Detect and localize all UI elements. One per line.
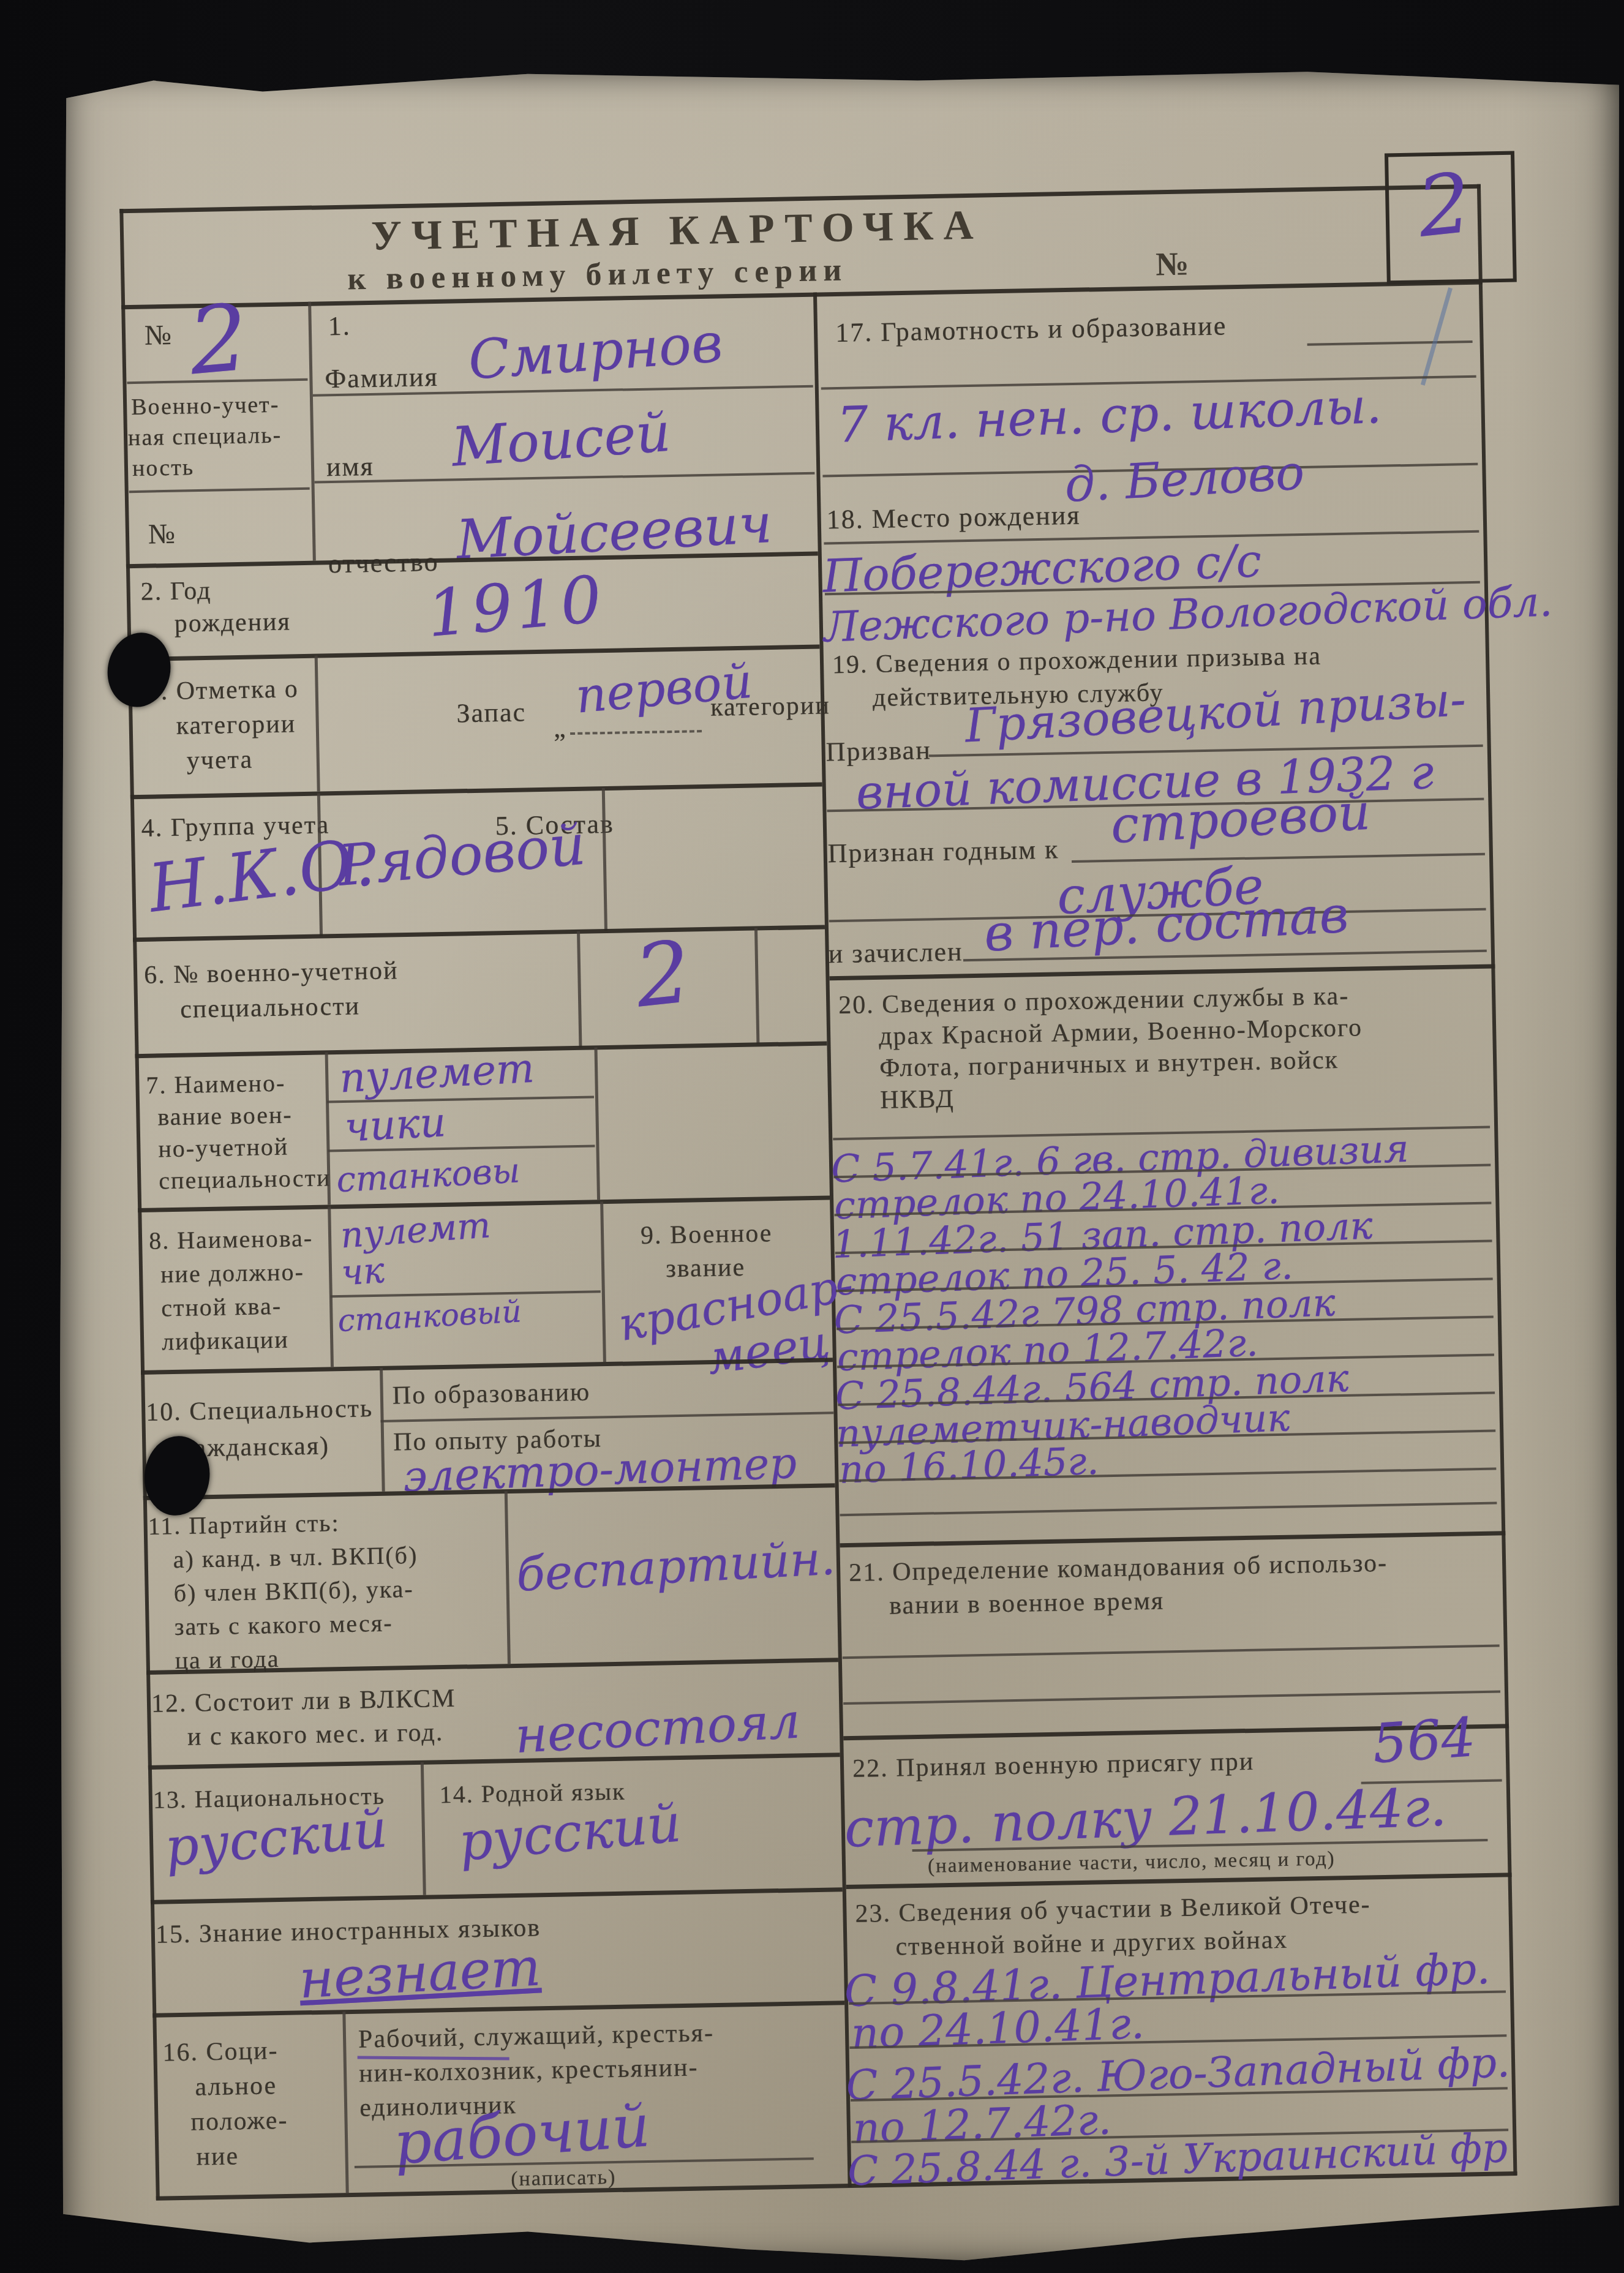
- f16-options-2: нин-колхозник, крестьянин-: [359, 2053, 699, 2089]
- f15-value: незнает: [298, 1936, 543, 2010]
- f18-label: 18. Место рождения: [826, 500, 1081, 536]
- f11-label-4: зать с какого меся-: [174, 1609, 393, 1642]
- f12-label-2: и с какого мес. и год.: [187, 1718, 444, 1752]
- series-number-sign: №: [1156, 244, 1189, 283]
- f16-options-1: Рабочий, служащий, крестья-: [358, 2018, 715, 2054]
- f8-label-4: лификации: [162, 1325, 289, 1356]
- rule: [1072, 853, 1485, 863]
- f2-label-2: рождения: [174, 607, 291, 638]
- f3-label-3: учета: [186, 745, 253, 776]
- rule: [314, 472, 814, 484]
- f16-label-3: положе-: [190, 2106, 288, 2137]
- f11-label-2: а) канд. в чл. ВКП(б): [173, 1541, 418, 1574]
- surname-label: Фамилия: [325, 361, 438, 394]
- f8-value-2: чк: [340, 1249, 386, 1294]
- row-border: [152, 2001, 844, 2018]
- f7-label-3: но-учетной: [158, 1132, 289, 1163]
- f8-label-2: ние должно-: [160, 1257, 305, 1288]
- f11-value: беспартийн.: [515, 1530, 836, 1602]
- f3-dashed-line: [570, 705, 702, 735]
- rule: [843, 1690, 1500, 1705]
- f19-zachislen-label: и зачислен: [828, 936, 963, 969]
- row-border: [130, 783, 822, 800]
- f8-value-3: станковый: [337, 1293, 522, 1339]
- blue-pen-stroke: [1421, 287, 1453, 386]
- f6-divider: [577, 931, 582, 1048]
- f7-label-2: вание воен-: [157, 1100, 293, 1131]
- field1-number: 1.: [328, 310, 351, 342]
- f8-label-3: стной ква-: [161, 1291, 282, 1323]
- f11-label-3: б) член ВКП(б), ука-: [173, 1574, 414, 1607]
- f16-hint: (написать): [511, 2166, 617, 2191]
- reg-no2-label: №: [148, 517, 177, 550]
- f17-value: 7 кл. нен. ср. школы.: [836, 377, 1382, 454]
- f3-label-2: категории: [176, 709, 296, 741]
- f16-divider: [342, 2012, 348, 2193]
- f7-label-1: 7. Наимено-: [146, 1069, 286, 1100]
- rule: [1307, 340, 1473, 346]
- card-title: УЧЕТНАЯ КАРТОЧКА: [370, 201, 983, 260]
- f3-label-1: 3. Отметка о: [146, 674, 299, 707]
- f23-entry-2: по 24.10.41г.: [851, 1998, 1145, 2059]
- f13-divider: [421, 1762, 426, 1895]
- f16-label-2: альное: [195, 2071, 277, 2102]
- f7-label-4: специальности: [159, 1163, 331, 1195]
- registration-card: УЧЕТНАЯ КАРТОЧКА к военному билету серии…: [0, 0, 1624, 2273]
- f19-godnym-label: Признан годным к: [827, 833, 1059, 869]
- f22-label: 22. Принял военную присягу при: [852, 1747, 1255, 1784]
- f12-label-1: 12. Состоит ли в ВЛКСМ: [151, 1684, 456, 1719]
- f10-edu-label: По образованию: [392, 1378, 590, 1411]
- row-border: [840, 1531, 1505, 1547]
- f3-zapas-label: Запас: [456, 696, 527, 729]
- series-number-value: 2: [1413, 155, 1475, 256]
- f8-label-1: 8. Наименова-: [149, 1223, 314, 1255]
- f10-label-1: 10. Специальность: [146, 1394, 374, 1427]
- f16-label-1: 16. Соци-: [162, 2036, 279, 2067]
- f3-divider: [315, 656, 320, 792]
- f7-value-2: чики: [344, 1099, 447, 1151]
- vus-label-2: ная специаль-: [128, 422, 282, 452]
- f8-value-1: пулемт: [339, 1204, 492, 1256]
- f12-value: несостоял: [514, 1692, 802, 1764]
- f2-value: 1910: [424, 562, 608, 652]
- row-border: [148, 1753, 840, 1770]
- scan-background: УЧЕТНАЯ КАРТОЧКА к военному билету серии…: [0, 0, 1624, 2273]
- f23-label-1: 23. Сведения об участии в Великой Отече-: [855, 1890, 1371, 1928]
- f17-label: 17. Грамотность и образование: [835, 310, 1227, 348]
- f7-divider2: [594, 1047, 600, 1200]
- vus-label-3: ность: [132, 454, 195, 482]
- f9-label-1: 9. Военное: [641, 1219, 773, 1250]
- f20-label-4: НКВД: [880, 1084, 955, 1115]
- reg-no-label: №: [145, 318, 173, 351]
- rule: [840, 1502, 1497, 1517]
- vus-label-1: Военно-учет-: [131, 391, 280, 421]
- f18-value-1: д. Белово: [1064, 445, 1306, 513]
- rule: [129, 487, 310, 493]
- f2-label-1: 2. Год: [140, 576, 212, 607]
- f8-divider2: [600, 1201, 606, 1362]
- f21-label-1: 21. Определение командования об использо…: [849, 1549, 1388, 1588]
- f6-divider2: [754, 928, 759, 1044]
- f6-value: 2: [631, 922, 696, 1027]
- row-border: [133, 925, 825, 942]
- f6-label-1: 6. № военно-учетной: [144, 956, 399, 990]
- f3-kategorii-label: категории: [710, 691, 830, 723]
- f20-label-2: драх Красной Армии, Военно-Морского: [879, 1013, 1363, 1051]
- f16-label-4: ние: [196, 2141, 239, 2171]
- f7-value-1: пулемет: [338, 1045, 535, 1102]
- name-value: Моисей: [449, 400, 672, 479]
- f20-label-3: Флота, пограничных и внутрен. войск: [879, 1045, 1339, 1083]
- f21-label-2: вании в военное время: [889, 1586, 1165, 1620]
- f19-zachislen-value: в пер. состав: [983, 885, 1350, 963]
- f3-quote: „: [553, 712, 566, 743]
- f10-divider: [380, 1368, 385, 1492]
- f7-value-3: станковы: [336, 1151, 521, 1200]
- f20-entry-9: по 16.10.45г.: [838, 1438, 1099, 1492]
- f6-label-2: специальности: [180, 991, 361, 1024]
- f11-divider: [505, 1491, 511, 1664]
- row-border: [151, 1887, 843, 1904]
- f8-divider: [328, 1206, 334, 1367]
- rule: [843, 1644, 1500, 1659]
- rule: [381, 1411, 834, 1422]
- f22-unit-value: 564: [1370, 1705, 1478, 1776]
- f5-value: Рядовой: [336, 812, 588, 899]
- name-block-divider: [308, 302, 316, 561]
- surname-value: Смирнов: [467, 311, 725, 392]
- name-label: имя: [326, 451, 375, 483]
